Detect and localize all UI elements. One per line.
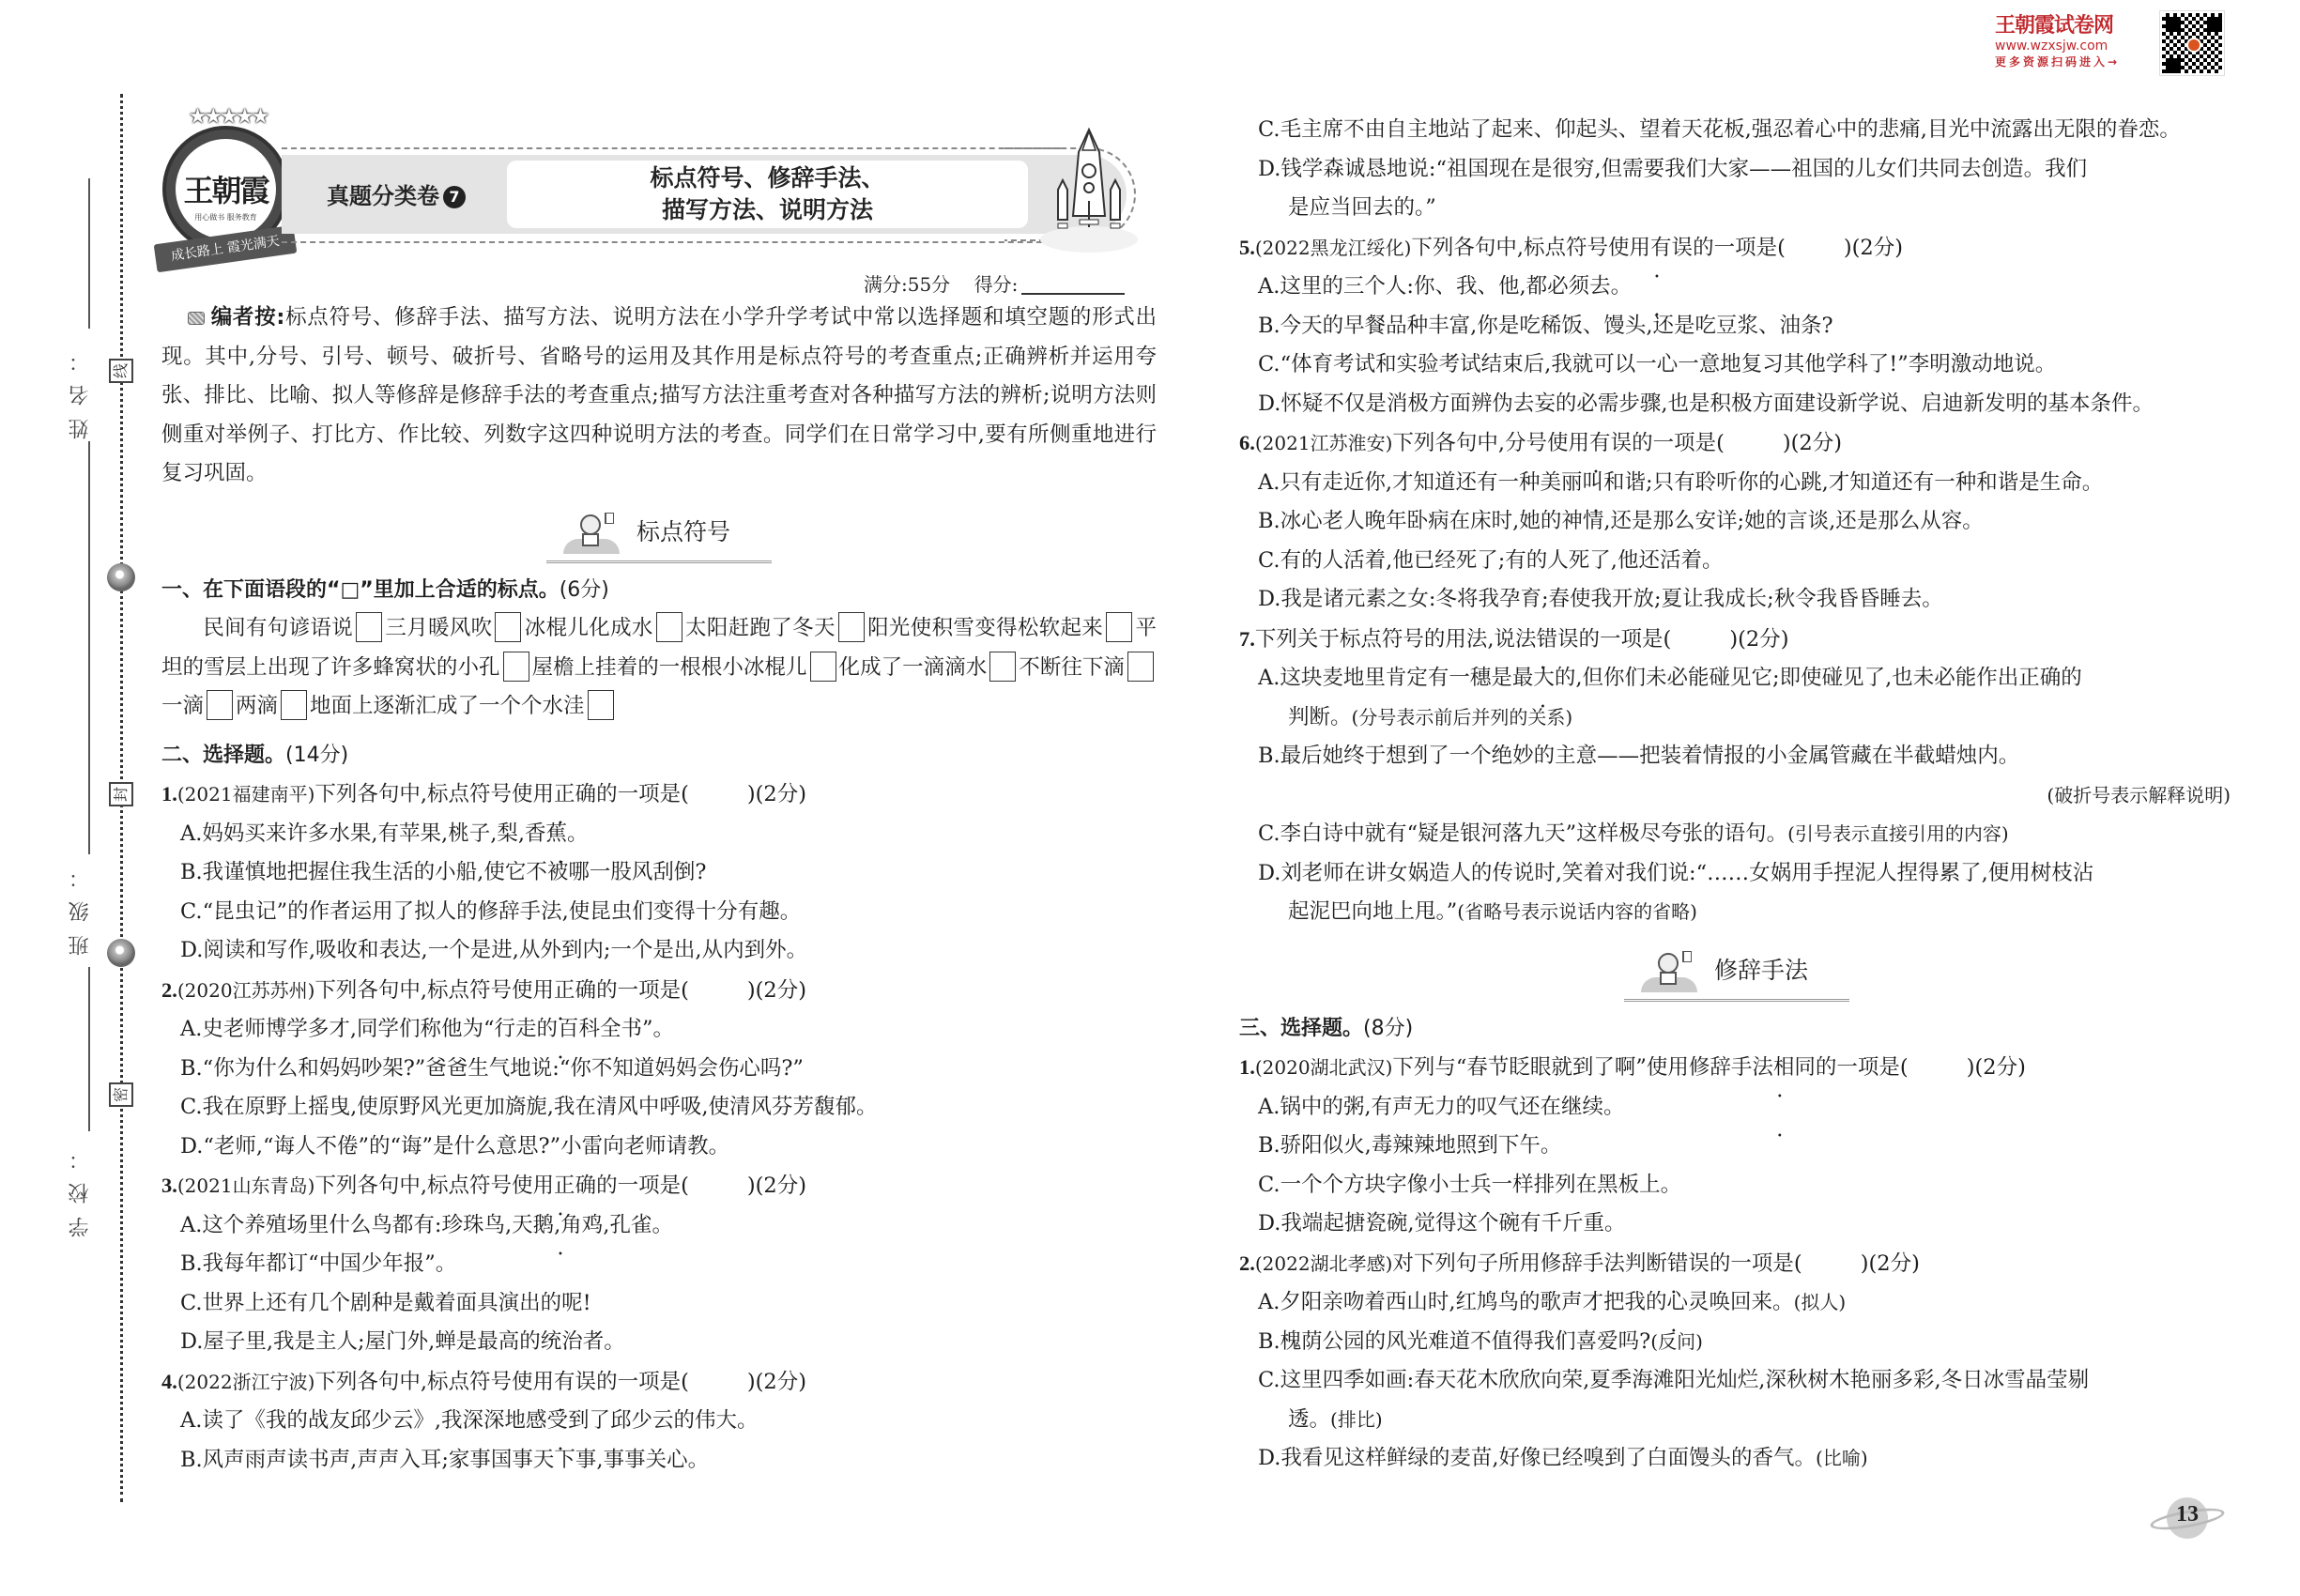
question-text: 的一项是(: [596, 978, 689, 1003]
segment: 三月暖风吹: [385, 616, 492, 640]
score-label: 得分:: [974, 273, 1019, 296]
answer-box[interactable]: [1106, 612, 1132, 642]
question-number: 4.: [161, 1370, 177, 1393]
astronaut-icon: [1641, 951, 1697, 992]
ad-url[interactable]: www.wzxsjw.com: [1995, 38, 2295, 54]
question-points: )(2分): [1861, 1251, 1920, 1276]
editor-note-lead: 编者按:: [210, 305, 284, 330]
option-text: D.我看见这样鲜绿的麦苗,好像已经嗅到了白面馒头的香气。: [1258, 1446, 1816, 1470]
page-number: 13: [2170, 1502, 2204, 1527]
binding-knot-icon: [107, 939, 135, 967]
option-c: C.有的人活着,他已经死了;有的人死了,他还活着。: [1239, 542, 2234, 581]
emphasis-text: 有误: [1589, 431, 1632, 455]
section-header-rhetoric: 修辞手法: [1239, 951, 2234, 1004]
option-a: A.妈妈买来许多水果,有苹果,桃子,梨,香蕉。: [161, 815, 1157, 854]
option-b: B.骄阳似火,毒辣辣地照到下午。: [1239, 1127, 2234, 1166]
option-d: D.屋子里,我是主人;屋门外,蝉是最高的统治者。: [161, 1323, 1157, 1362]
part2-title: 二、选择题。(14分): [161, 736, 1157, 775]
emphasis-text: 有误: [1650, 236, 1693, 260]
option-text: B.槐荫公园的风光难道不值得我们喜爱吗?: [1258, 1329, 1650, 1354]
emphasis-text: 有误: [554, 1370, 596, 1394]
question-source: (2021山东青岛): [177, 1174, 315, 1197]
question-text: 下列各句中,标点符号使用: [314, 1370, 554, 1394]
option-c: C.这里四季如画:春天花木欣欣向荣,夏季海滩阳光灿烂,深秋树木艳丽多彩,冬日冰雪…: [1239, 1361, 2234, 1401]
question-stem: 5.(2022黑龙江绥化)下列各句中,标点符号使用有误的一项是()(2分): [1239, 228, 2234, 269]
segment: 化成了一滴滴水: [839, 655, 988, 680]
brand-logo: 王朝霞 用心做书 服务教育 ★★★★★ 成长路上 霞光满天: [155, 105, 296, 274]
question-number: 2.: [1239, 1251, 1255, 1275]
part3-title: 三、选择题。(8分): [1239, 1009, 2234, 1049]
score-line: 满分:55分 得分:: [864, 269, 1125, 297]
question-text: 的一项是(: [1632, 431, 1725, 455]
option-text: 判断。: [1288, 705, 1352, 729]
answer-box[interactable]: [207, 690, 233, 720]
seal-mark-feng: 封: [109, 782, 133, 806]
question-number: 5.: [1239, 236, 1255, 259]
part1-title: 一、在下面语段的“□”里加上合适的标点。(6分): [161, 571, 1157, 610]
question-points: )(2分): [747, 1370, 806, 1394]
part1-points: (6分): [560, 578, 609, 602]
question-number: 1.: [161, 782, 177, 806]
option-c: C.李白诗中就有“疑是银河落九天”这样极尽夸张的语句。(引号表示直接引用的内容): [1239, 815, 2234, 854]
question-stem: 4.(2022浙江宁波)下列各句中,标点符号使用有误的一项是()(2分): [161, 1362, 1157, 1403]
answer-box[interactable]: [989, 652, 1016, 682]
answer-box[interactable]: [495, 612, 521, 642]
question-stem: 3.(2021山东青岛)下列各句中,标点符号使用正确的一项是()(2分): [161, 1166, 1157, 1206]
part2-points: (14分): [285, 744, 348, 767]
page-number-badge: 13: [2150, 1497, 2234, 1539]
right-column: C.毛主席不由自主地站了起来、仰起头、望着天花板,强忍着心中的悲痛,目光中流露出…: [1239, 111, 2234, 1479]
logo-inner: 王朝霞 用心做书 服务教育: [176, 139, 276, 239]
option-a: A.史老师博学多才,同学们称他为“行走的百科全书”。: [161, 1010, 1157, 1050]
question-number: 7.: [1239, 627, 1255, 651]
ad-brand: 王朝霞试卷网: [1995, 9, 2295, 38]
segment: 太阳赶跑了冬天: [685, 616, 836, 640]
class-field[interactable]: [68, 441, 90, 854]
question-source: (2020江苏苏州): [177, 979, 315, 1002]
option-hint: (引号表示直接引用的内容): [1787, 822, 2009, 845]
answer-box[interactable]: [810, 652, 836, 682]
option-a: A.这里的三个人:你、我、他,都必须去。: [1239, 268, 2234, 307]
option-a: A.这个养殖场里什么鸟都有:珍珠鸟,天鹅,角鸡,孔雀。: [161, 1206, 1157, 1246]
option-text: C.李白诗中就有“疑是银河落九天”这样极尽夸张的语句。: [1258, 821, 1787, 846]
question-points: )(2分): [747, 978, 806, 1003]
question-text: 的一项是(: [1816, 1055, 1909, 1080]
answer-box[interactable]: [356, 612, 382, 642]
section-label: 修辞手法: [1697, 951, 1832, 992]
question-text: 下列各句中,分号使用: [1392, 431, 1589, 455]
logo-slogan: 用心做书 服务教育: [176, 212, 276, 223]
option-hint: (排比): [1330, 1408, 1383, 1431]
option-b: B.今天的早餐品种丰富,你是吃稀饭、馒头,还是吃豆浆、油条?: [1239, 307, 2234, 346]
logo-name: 王朝霞: [176, 167, 276, 210]
question-number: 3.: [161, 1174, 177, 1197]
question-stem: 2.(2020江苏苏州)下列各句中,标点符号使用正确的一项是()(2分): [161, 971, 1157, 1011]
full-score: 满分:55分: [864, 273, 950, 296]
page-title-line1: 标点符号、修辞手法、: [507, 162, 1028, 194]
emphasis-text: 错误: [1537, 627, 1579, 652]
qr-logo-icon: [2186, 38, 2201, 53]
ad-tip: 更多资源扫码进入→: [1995, 54, 2295, 69]
answer-box[interactable]: [281, 690, 307, 720]
answer-box[interactable]: [1127, 652, 1154, 682]
part3-points: (8分): [1363, 1017, 1413, 1040]
question-text: 的一项是(: [596, 1370, 689, 1394]
option-b: B.最后她终于想到了一个绝妙的主意——把装着情报的小金属管藏在半截蜡烛内。: [1239, 737, 2234, 776]
series-name: 真题分类卷: [327, 183, 439, 209]
score-input[interactable]: [1021, 293, 1125, 295]
question-text: 的一项是(: [596, 782, 689, 806]
rocket-icon: [1037, 122, 1141, 253]
question-source: (2022湖北孝感): [1255, 1252, 1393, 1275]
segment: 阳光使积雪变得松软起来: [867, 616, 1103, 640]
question-stem: 6.(2021江苏淮安)下列各句中,分号使用有误的一项是()(2分): [1239, 423, 2234, 464]
series-number-badge: 7: [443, 186, 466, 208]
emphasis-text: 正确: [554, 978, 596, 1003]
pencil-icon: [188, 312, 205, 325]
question-text: 的一项是(: [1579, 627, 1672, 652]
question-points: )(2分): [747, 782, 806, 806]
question-points: )(2分): [1783, 431, 1842, 455]
option-b: B.我谨慎地把握住我生活的小船,使它不被哪一股风刮倒?: [161, 853, 1157, 893]
question-text: 下列各句中,标点符号使用: [314, 782, 554, 806]
option-b: B.风声雨声读书声,声声入耳;家事国事天下事,事事关心。: [161, 1441, 1157, 1481]
section-label: 标点符号: [620, 513, 755, 554]
title-band: 真题分类卷7 标点符号、修辞手法、 描写方法、说明方法: [282, 136, 1145, 249]
option-hint: (拟人): [1794, 1291, 1847, 1313]
option-d: D.我端起搪瓷碗,觉得这个碗有千斤重。: [1239, 1205, 2234, 1244]
option-text: 起泥巴向地上甩。”: [1288, 899, 1457, 924]
astronaut-icon: [563, 513, 620, 554]
option-c: C.我在原野上摇曳,使原野风光更加旖旎,我在清风中呼吸,使清风芬芳馥郁。: [161, 1088, 1157, 1128]
class-label: 班级：: [66, 854, 95, 956]
part3-title-text: 三、选择题。: [1239, 1017, 1363, 1040]
editor-note-text: 标点符号、修辞手法、描写方法、说明方法在小学升学考试中常以选择题和填空题的形式出…: [161, 305, 1157, 485]
option-hint: (省略号表示说话内容的省略): [1457, 900, 1697, 923]
question-source: (2020湖北武汉): [1255, 1056, 1393, 1079]
answer-box[interactable]: [588, 690, 614, 720]
option-c: C.世界上还有几个剧种是戴着面具演出的呢!: [161, 1284, 1157, 1324]
emphasis-text: 错误: [1667, 1251, 1710, 1276]
option-d: D.我是诸元素之女:冬将我孕育;春使我开放;夏让我成长;秋令我昏昏睡去。: [1239, 580, 2234, 620]
option-c: C.“体育考试和实验考试结束后,我就可以一心一意地复习其他学科了!”李明激动地说…: [1239, 345, 2234, 385]
question-text: 下列各句中,标点符号使用: [1411, 236, 1650, 260]
option-a: A.夕阳亲吻着西山时,红鸠鸟的歌声才把我的心灵唤回来。(拟人): [1239, 1283, 2234, 1323]
segment: 民间有句谚语说: [203, 616, 353, 640]
question-text: 的一项是(: [596, 1174, 689, 1198]
option-a: A.锅中的粥,有声无力的叹气还在继续。: [1239, 1088, 2234, 1128]
question-source: (2022浙江宁波): [177, 1371, 315, 1393]
part1-title-text: 一、在下面语段的“□”里加上合适的标点。: [161, 578, 560, 602]
option-b: B.槐荫公园的风光难道不值得我们喜爱吗?(反问): [1239, 1323, 2234, 1362]
option-c-continued: 透。(排比): [1239, 1401, 2234, 1440]
section-underline: [1624, 999, 1849, 1002]
segment: 一滴: [161, 694, 204, 718]
emphasis-text: 正确: [554, 782, 596, 806]
site-ad[interactable]: 王朝霞试卷网 www.wzxsjw.com 更多资源扫码进入→: [1995, 9, 2295, 80]
option-a: A.只有走近你,才知道还有一种美丽叫和谐;只有聆听你的心跳,才知道还有一种和谐是…: [1239, 464, 2234, 503]
option-a: A.这块麦地里肯定有一穗是最大的,但你们未必能碰见它;即使碰见了,也未必能作出正…: [1239, 659, 2234, 698]
segment: 屋檐上挂着的一根根小冰棍儿: [532, 655, 807, 680]
question-text: 下列与“春节眨眼就到了啊”使用修辞手法: [1392, 1055, 1773, 1080]
option-d: D.阅读和写作,吸收和表达,一个是进,从外到内;一个是出,从内到外。: [161, 931, 1157, 971]
question-stem: 1.(2020湖北武汉)下列与“春节眨眼就到了啊”使用修辞手法相同的一项是()(…: [1239, 1048, 2234, 1088]
option-hint: (破折号表示解释说明): [1239, 776, 2234, 816]
option-text: 透。: [1288, 1407, 1330, 1432]
option-d: D.我看见这样鲜绿的麦苗,好像已经嗅到了白面馒头的香气。(比喻): [1239, 1439, 2234, 1479]
school-field[interactable]: [68, 967, 90, 1131]
option-d: D.“老师,“诲人不倦”的“诲”是什么意思?”小雷向老师请教。: [161, 1128, 1157, 1167]
question-points: )(2分): [1844, 236, 1903, 260]
option-b: B.冰心老人晚年卧病在床时,她的神情,还是那么安详;她的言谈,还是那么从容。: [1239, 502, 2234, 542]
question-text: 下列各句中,标点符号使用: [314, 1174, 554, 1198]
option-text: A.夕阳亲吻着西山时,红鸠鸟的歌声才把我的心灵唤回来。: [1258, 1290, 1794, 1314]
option-d: D.刘老师在讲女娲造人的传说时,笑着对我们说:“……女娲用手捏泥人捏得累了,便用…: [1239, 854, 2234, 894]
option-d-continued: 是应当回去的。”: [1239, 189, 2234, 228]
question-points: )(2分): [747, 1174, 806, 1198]
question-points: )(2分): [1967, 1055, 2026, 1080]
segment: 不断往下滴: [1019, 655, 1125, 680]
question-stem: 7.下列关于标点符号的用法,说法错误的一项是()(2分): [1239, 620, 2234, 660]
name-field[interactable]: [68, 178, 90, 329]
question-text: 对下列句子所用修辞手法判断: [1392, 1251, 1667, 1276]
dashed-border: [282, 241, 1061, 243]
option-a: A.读了《我的战友邱少云》,我深深地感受到了邱少云的伟大。: [161, 1402, 1157, 1441]
name-label: 姓名：: [66, 338, 95, 439]
answer-box[interactable]: [838, 612, 865, 642]
question-text: 的一项是(: [1710, 1251, 1802, 1276]
qr-code-icon[interactable]: [2160, 11, 2224, 75]
question-source: (2022黑龙江绥化): [1255, 237, 1412, 259]
binding-knot-icon: [107, 563, 135, 591]
question-source: (2021江苏淮安): [1255, 432, 1393, 454]
option-d-continued: 起泥巴向地上甩。”(省略号表示说话内容的省略): [1239, 893, 2234, 932]
seal-mark-xian: 线: [109, 359, 133, 383]
section-underline: [546, 560, 772, 563]
question-points: )(2分): [1729, 627, 1788, 652]
question-source: (2021福建南平): [177, 783, 315, 806]
dashed-border: [282, 147, 1061, 149]
page-title-line2: 描写方法、说明方法: [507, 194, 1028, 226]
left-column: 编者按:标点符号、修辞手法、描写方法、说明方法在小学升学考试中常以选择题和填空题…: [161, 299, 1157, 1480]
question-number: 2.: [161, 978, 177, 1002]
option-b: B.我每年都订“中国少年报”。: [161, 1245, 1157, 1284]
question-text: 下列关于标点符号的用法,说法: [1255, 627, 1537, 652]
option-c: C.“昆虫记”的作者运用了拟人的修辞手法,使昆虫们变得十分有趣。: [161, 893, 1157, 932]
question-number: 1.: [1239, 1055, 1255, 1079]
option-c: C.毛主席不由自主地站了起来、仰起头、望着天花板,强忍着心中的悲痛,目光中流露出…: [1239, 111, 2234, 150]
option-a-continued: 判断。(分号表示前后并列的关系): [1239, 698, 2234, 738]
option-hint: (比喻): [1816, 1447, 1868, 1469]
option-b: B.“你为什么和妈妈吵架?”爸爸生气地说:“你不知道妈妈会伤心吗?”: [161, 1050, 1157, 1089]
fill-in-paragraph: 民间有句谚语说三月暖风吹冰棍儿化成水太阳赶跑了冬天阳光使积雪变得松软起来平坦的雪…: [161, 609, 1157, 727]
answer-box[interactable]: [503, 652, 529, 682]
page-title: 标点符号、修辞手法、 描写方法、说明方法: [507, 161, 1028, 228]
option-d: D.钱学森诚恳地说:“祖国现在是很穷,但需要我们大家——祖国的儿女们共同去创造。…: [1239, 150, 2234, 190]
question-stem: 1.(2021福建南平)下列各句中,标点符号使用正确的一项是()(2分): [161, 775, 1157, 815]
seal-mark-mi: 密: [109, 1082, 133, 1107]
emphasis-text: 相同: [1773, 1055, 1816, 1080]
question-number: 6.: [1239, 431, 1255, 454]
option-c: C.一个个方块字像小士兵一样排列在黑板上。: [1239, 1166, 2234, 1205]
question-text: 的一项是(: [1693, 236, 1786, 260]
question-stem: 2.(2022湖北孝感)对下列句子所用修辞手法判断错误的一项是()(2分): [1239, 1244, 2234, 1284]
answer-box[interactable]: [656, 612, 682, 642]
question-text: 下列各句中,标点符号使用: [314, 978, 554, 1003]
part2-title-text: 二、选择题。: [161, 744, 285, 767]
school-label: 学校：: [66, 1136, 95, 1237]
option-d: D.怀疑不仅是消极方面辨伪去妄的必需步骤,也是积极方面建设新学说、启迪新发明的基…: [1239, 385, 2234, 424]
binding-margin: 线 封 密 姓名： 班级： 学校：: [0, 0, 150, 1596]
series-label: 真题分类卷7: [327, 177, 466, 210]
section-header-punctuation: 标点符号: [161, 513, 1157, 565]
segment: 地面上逐渐汇成了一个个水洼: [310, 694, 585, 718]
star-icons: ★★★★★: [164, 105, 291, 129]
editor-note: 编者按:标点符号、修辞手法、描写方法、说明方法在小学升学考试中常以选择题和填空题…: [161, 299, 1157, 494]
segment: 两滴: [236, 694, 278, 718]
segment: 冰棍儿化成水: [524, 616, 652, 640]
emphasis-text: 正确: [554, 1174, 596, 1198]
